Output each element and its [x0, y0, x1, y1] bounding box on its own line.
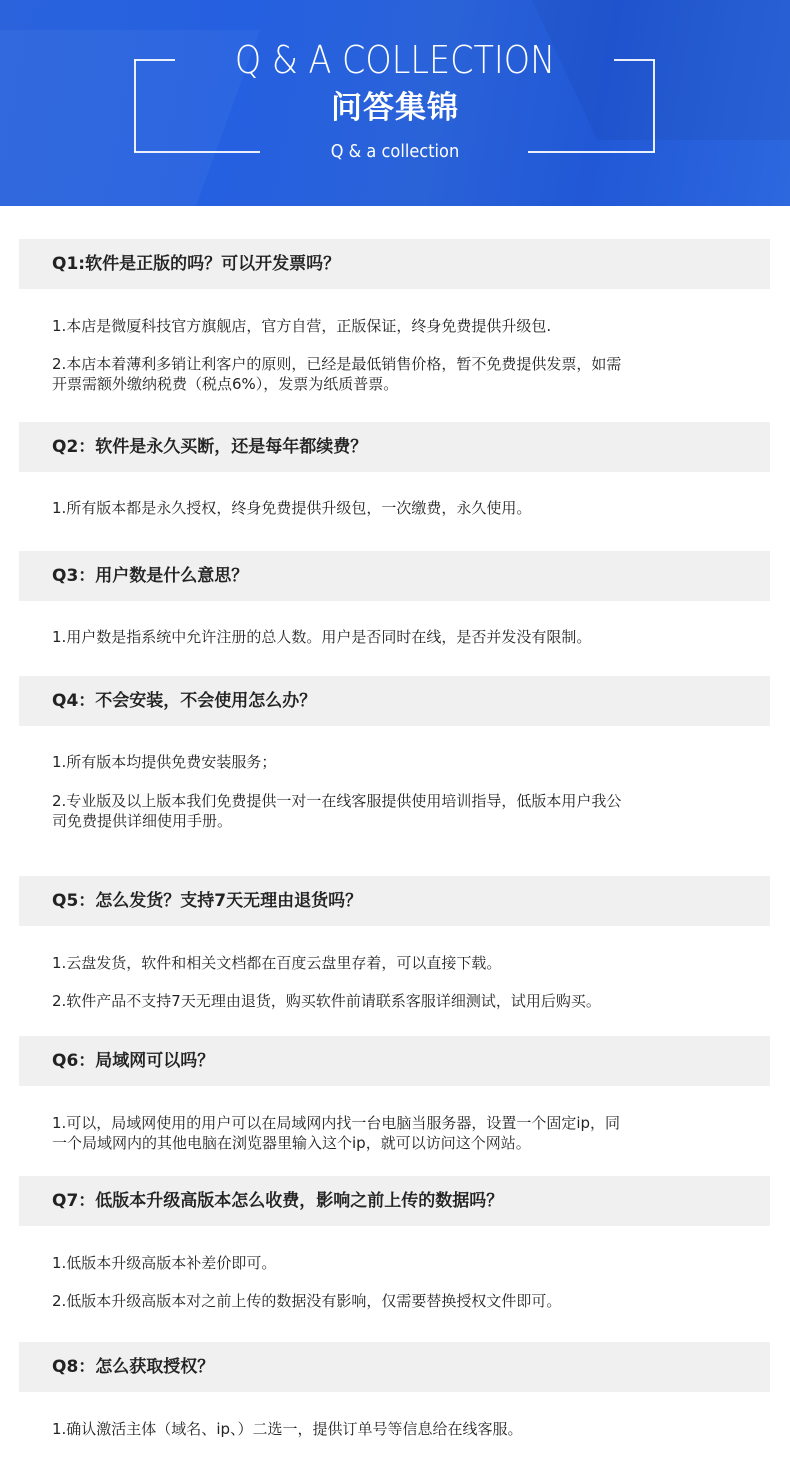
- banner-subtitle: Q & a collection: [40, 140, 751, 164]
- answer-text: 2.低版本升级高版本对之前上传的数据没有影响，仅需要替换授权文件即可。: [52, 1291, 722, 1311]
- question-text: Q7：低版本升级高版本怎么收费，影响之前上传的数据吗？: [52, 1176, 503, 1226]
- answer-text: 2.专业版及以上版本我们免费提供一对一在线客服提供使用培训指导，低版本用户我公 …: [52, 791, 722, 831]
- answer-text: 1.用户数是指系统中允许注册的总人数。用户是否同时在线，是否并发没有限制。: [52, 627, 722, 647]
- question-bar-q7: Q7：低版本升级高版本怎么收费，影响之前上传的数据吗？: [19, 1176, 770, 1226]
- answer-text: 1.低版本升级高版本补差价即可。: [52, 1253, 722, 1273]
- header-banner: Q & A COLLECTION 问答集锦 Q & a collection: [0, 0, 790, 206]
- question-bar-q6: Q6：局域网可以吗？: [19, 1036, 770, 1086]
- answer-text: 2.本店本着薄利多销让利客户的原则，已经是最低销售价格，暂不免费提供发票，如需 …: [52, 354, 722, 394]
- question-bar-q3: Q3：用户数是什么意思？: [19, 551, 770, 601]
- answer-text: 1.所有版本均提供免费安装服务；: [52, 752, 722, 772]
- answer-text: 1.云盘发货，软件和相关文档都在百度云盘里存着，可以直接下载。: [52, 953, 722, 973]
- question-bar-q8: Q8：怎么获取授权？: [19, 1342, 770, 1392]
- answer-text: 1.所有版本都是永久授权，终身免费提供升级包，一次缴费，永久使用。: [52, 498, 722, 518]
- question-bar-q4: Q4：不会安装，不会使用怎么办？: [19, 676, 770, 726]
- question-text: Q6：局域网可以吗？: [52, 1036, 214, 1086]
- question-text: Q1:软件是正版的吗？可以开发票吗？: [52, 239, 340, 289]
- answer-text: 1.本店是微厦科技官方旗舰店，官方自营，正版保证，终身免费提供升级包.: [52, 316, 722, 336]
- question-bar-q5: Q5：怎么发货？支持7天无理由退货吗？: [19, 876, 770, 926]
- banner-title-en: Q & A COLLECTION: [47, 38, 742, 82]
- question-bar-q1: Q1:软件是正版的吗？可以开发票吗？: [19, 239, 770, 289]
- question-text: Q5：怎么发货？支持7天无理由退货吗？: [52, 876, 362, 926]
- answer-text: 2.软件产品不支持7天无理由退货，购买软件前请联系客服详细测试，试用后购买。: [52, 991, 722, 1011]
- question-bar-q2: Q2：软件是永久买断，还是每年都续费？: [19, 422, 770, 472]
- question-text: Q2：软件是永久买断，还是每年都续费？: [52, 422, 367, 472]
- question-text: Q4：不会安装，不会使用怎么办？: [52, 676, 316, 726]
- question-text: Q3：用户数是什么意思？: [52, 551, 248, 601]
- answer-text: 1.确认激活主体（域名、ip、）二选一，提供订单号等信息给在线客服。: [52, 1419, 722, 1439]
- answer-text: 1.可以，局域网使用的用户可以在局域网内找一台电脑当服务器，设置一个固定ip，同…: [52, 1113, 722, 1153]
- question-text: Q8：怎么获取授权？: [52, 1342, 214, 1392]
- banner-title-cn: 问答集锦: [0, 88, 790, 128]
